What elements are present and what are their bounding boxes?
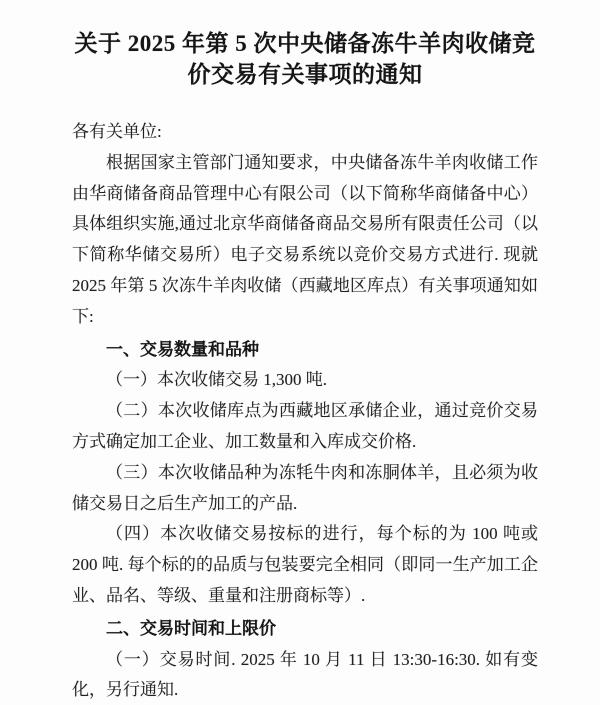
- document-title-line-2: 价交易有关事项的通知: [72, 59, 538, 90]
- notice-document-page: 关于 2025 年第 5 次中央储备冻牛羊肉收储竞 价交易有关事项的通知 各有关…: [0, 0, 600, 705]
- section-1-item-3: （三）本次收储品种为冻牦牛肉和冻胴体羊，且必须为收储交易日之后生产加工的产品.: [72, 458, 538, 520]
- section-1-heading: 一、交易数量和品种: [72, 335, 538, 366]
- section-2-item-1: （一）交易时间. 2025 年 10 月 11 日 13:30-16:30. 如…: [72, 645, 538, 705]
- section-1-item-4: （四）本次收储交易按标的进行，每个标的为 100 吨或 200 吨. 每个标的的…: [72, 519, 538, 611]
- document-title: 关于 2025 年第 5 次中央储备冻牛羊肉收储竞 价交易有关事项的通知: [72, 28, 538, 90]
- section-1-item-2: （二）本次收储库点为西藏地区承储企业，通过竞价交易方式确定加工企业、加工数量和入…: [72, 396, 538, 458]
- salutation: 各有关单位:: [72, 117, 538, 148]
- intro-paragraph: 根据国家主管部门通知要求，中央储备冻牛羊肉收储工作由华商储备商品管理中心有限公司…: [72, 148, 538, 333]
- document-body: 各有关单位: 根据国家主管部门通知要求，中央储备冻牛羊肉收储工作由华商储备商品管…: [72, 117, 538, 705]
- document-title-line-1: 关于 2025 年第 5 次中央储备冻牛羊肉收储竞: [72, 28, 538, 59]
- section-2-heading: 二、交易时间和上限价: [72, 614, 538, 645]
- section-1-item-1: （一）本次收储交易 1,300 吨.: [72, 365, 538, 396]
